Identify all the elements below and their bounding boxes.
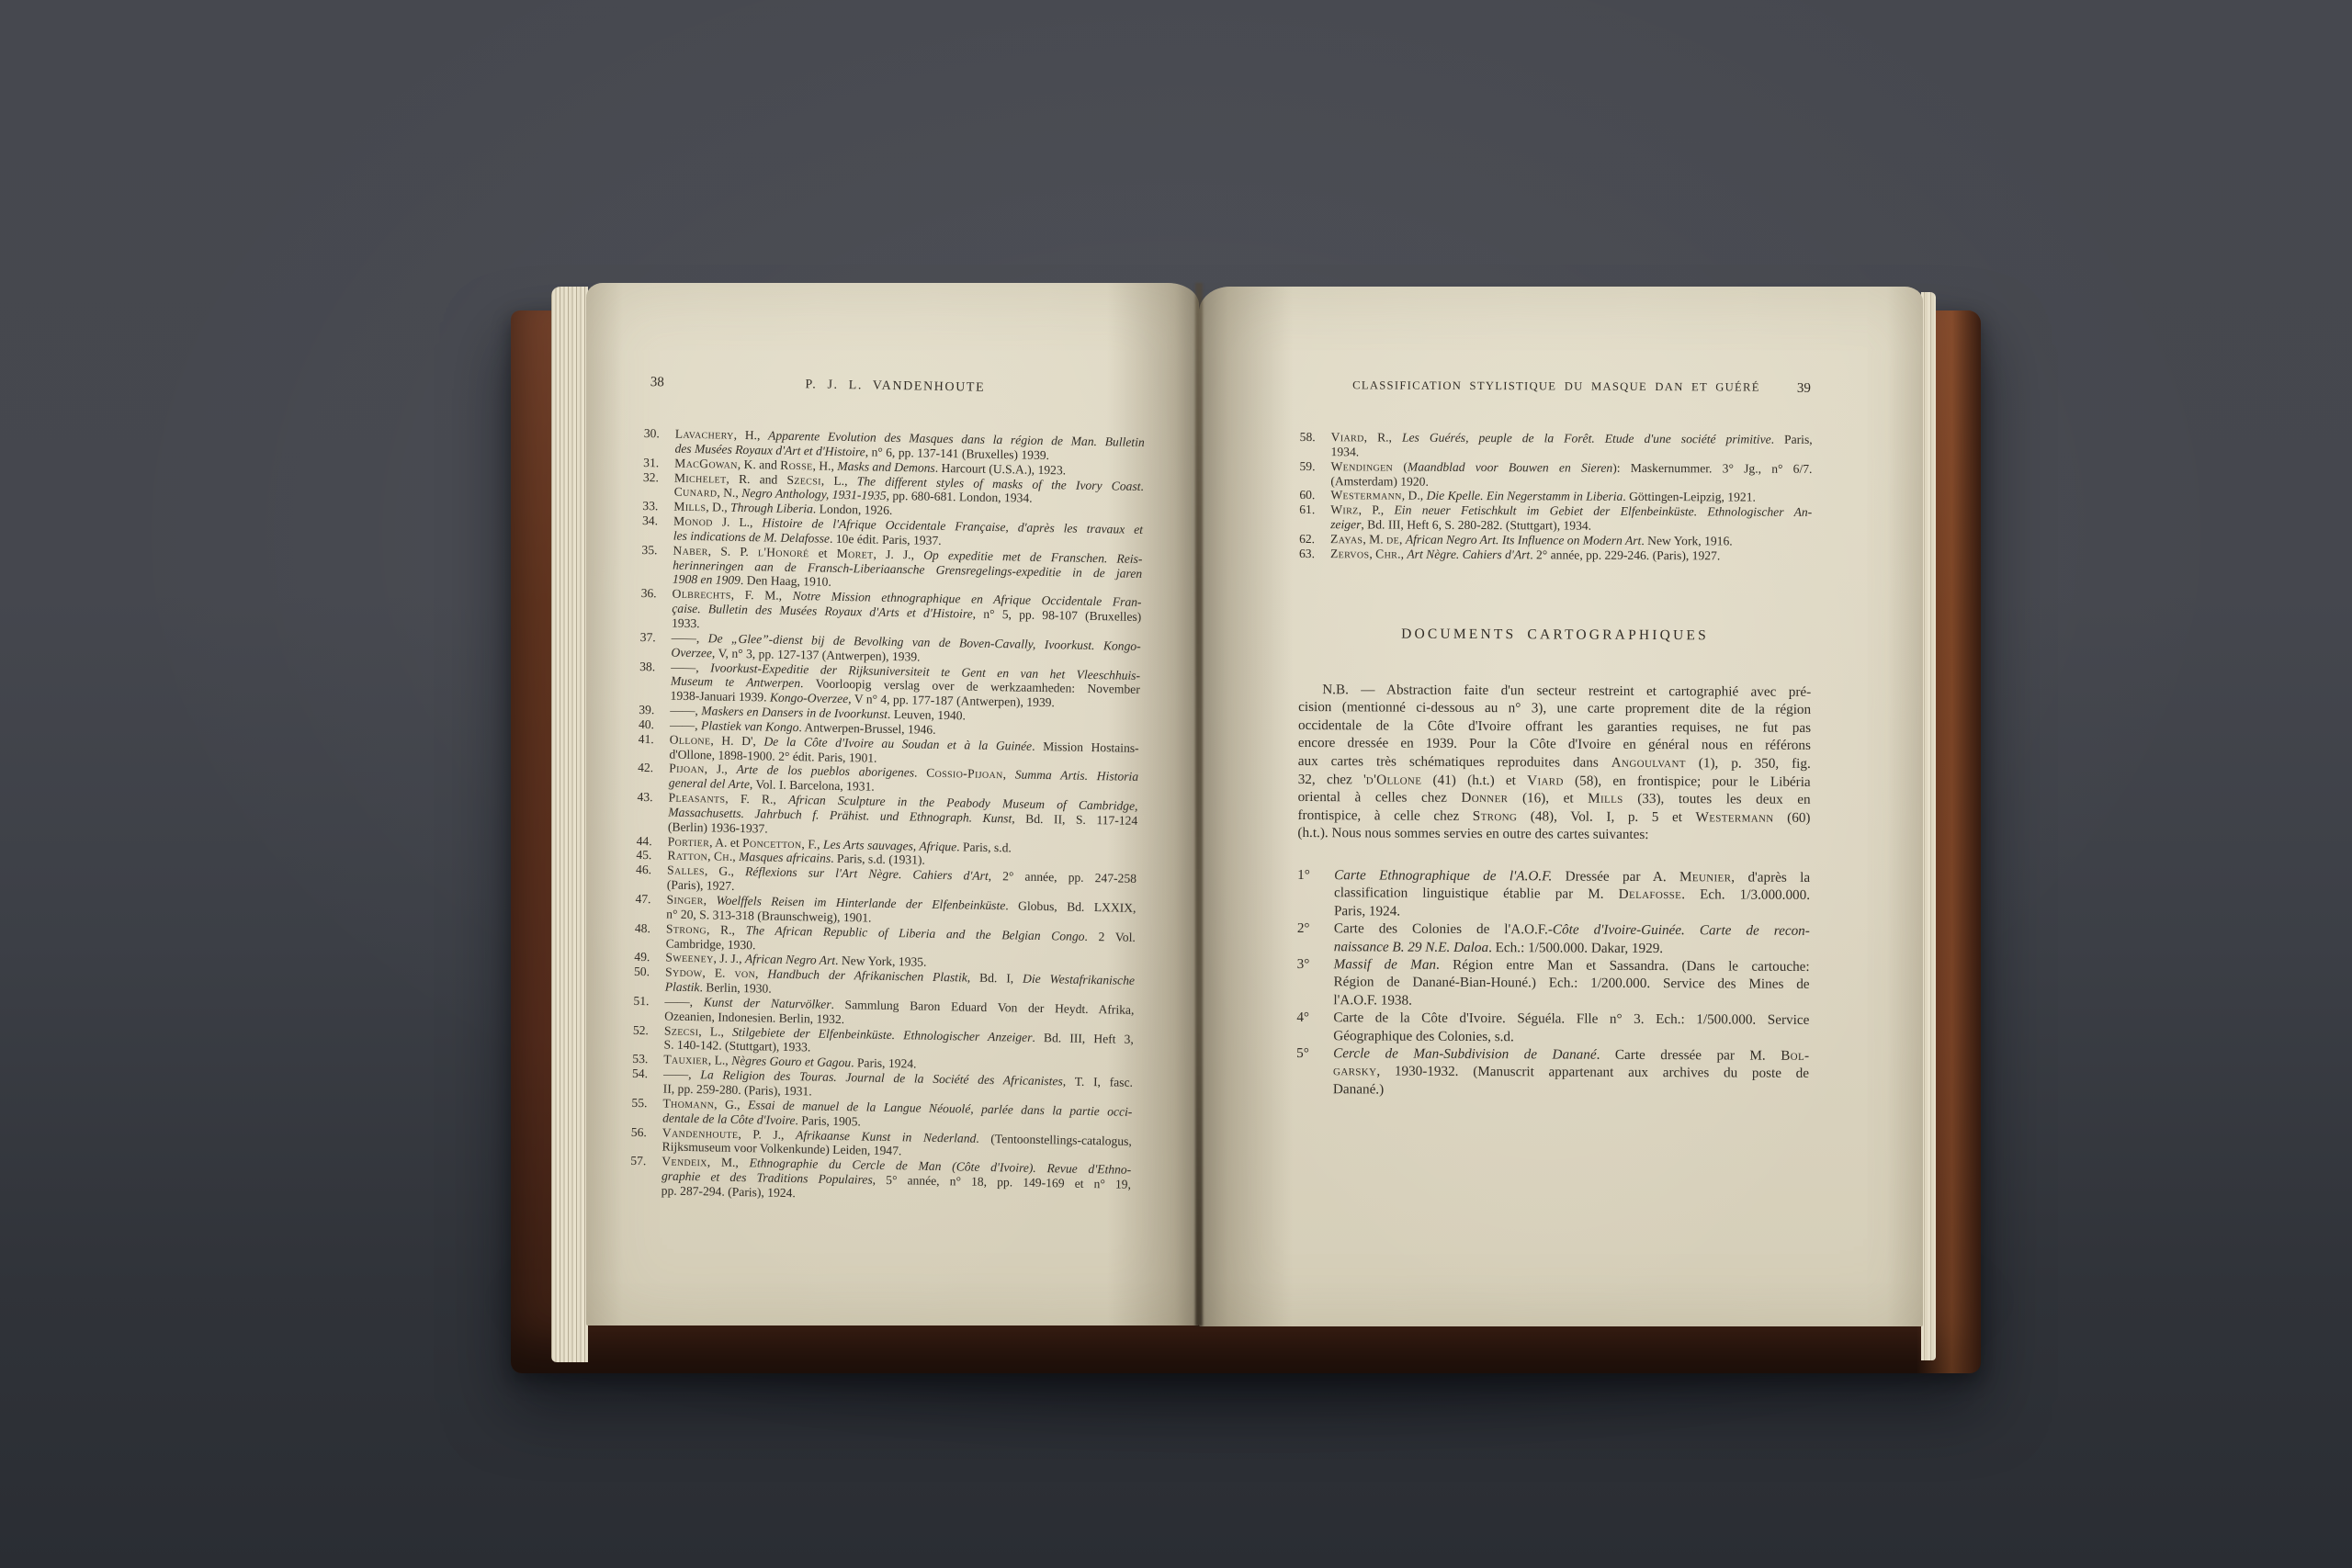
entry-number: 45. <box>636 848 667 863</box>
entry-number: 55. <box>631 1096 663 1125</box>
open-book: 38 P. J. L. VANDENHOUTE 30.Lavachery, H.… <box>511 230 1981 1373</box>
entry-number: 60. <box>1299 488 1330 502</box>
entry-number: 31. <box>643 456 674 470</box>
photo-backdrop: 38 P. J. L. VANDENHOUTE 30.Lavachery, H.… <box>0 0 2352 1568</box>
entry-number: 48. <box>635 921 667 951</box>
entry-line: Viard, R., Les Guérés, peuple de la Forê… <box>1331 430 1813 447</box>
right-page-content: CLASSIFICATION STYLISTIQUE DU MASQUE DAN… <box>1296 378 1813 1100</box>
nb-paragraph: N.B. — Abstraction faite d'un secteur re… <box>1297 681 1811 845</box>
entry-number: 5° <box>1296 1044 1333 1098</box>
entry-number: 30. <box>643 426 675 456</box>
nb-line: oriental à celles chez Donner (16), et M… <box>1298 788 1811 809</box>
page-stack-right <box>1921 292 1936 1360</box>
bib-entry: 2°Carte des Colonies de l'A.O.F.-Côte d'… <box>1297 919 1810 958</box>
right-running-head-row: CLASSIFICATION STYLISTIQUE DU MASQUE DAN… <box>1300 378 1813 400</box>
entry-line: Zervos, Chr., Art Nègre. Cahiers d'Art. … <box>1330 547 1812 564</box>
entry-number: 4° <box>1296 1009 1333 1044</box>
entry-number: 39. <box>639 703 670 717</box>
entry-number: 56. <box>630 1124 662 1154</box>
entry-line: naissance B. 29 N.E. Daloa. Ech.: 1/500.… <box>1334 938 1810 958</box>
bib-entry: 61.Wirz, P., Ein neuer Fetischkult im Ge… <box>1299 502 1812 535</box>
entry-number: 59. <box>1299 459 1330 489</box>
entry-number: 47. <box>635 892 667 921</box>
entry-line: Région de Danané-Bian-Houné.) Ech.: 1/20… <box>1334 974 1810 994</box>
map-document-list: 1°Carte Ethnographique de l'A.O.F. Dress… <box>1296 866 1810 1100</box>
entry-line: classification linguistique établie par … <box>1334 885 1810 905</box>
entry-number: 41. <box>638 732 670 761</box>
entry-line: garsky, 1930-1932. (Manuscrit appartenan… <box>1333 1063 1809 1083</box>
bib-entry: 1°Carte Ethnographique de l'A.O.F. Dress… <box>1297 866 1810 922</box>
bibliography-left: 30.Lavachery, H., Apparente Evolution de… <box>630 426 1145 1207</box>
bibliography-right: 58.Viard, R., Les Guérés, peuple de la F… <box>1299 430 1813 564</box>
nb-line: aux cartes très schématiques reproduites… <box>1298 752 1811 773</box>
entry-number: 50. <box>634 964 666 994</box>
entry-number: 52. <box>632 1022 664 1052</box>
entry-number: 53. <box>632 1052 663 1066</box>
entry-number: 1° <box>1297 866 1334 919</box>
bib-entry: 63.Zervos, Chr., Art Nègre. Cahiers d'Ar… <box>1299 547 1812 564</box>
entry-number: 57. <box>630 1154 662 1198</box>
page-gutter <box>1195 283 1203 1326</box>
entry-number: 51. <box>633 994 665 1023</box>
nb-line: (h.t.). Nous nous sommes servies en outr… <box>1297 824 1810 845</box>
entry-line: Danané.) <box>1333 1080 1809 1100</box>
entry-number: 63. <box>1299 547 1330 561</box>
right-running-head: CLASSIFICATION STYLISTIQUE DU MASQUE DAN… <box>1300 378 1813 395</box>
section-heading: DOCUMENTS CARTOGRAPHIQUES <box>1298 626 1811 645</box>
entry-number: 34. <box>642 513 674 543</box>
entry-number: 49. <box>634 950 665 964</box>
entry-number: 40. <box>639 717 670 732</box>
entry-line: Carte de la Côte d'Ivoire. Séguéla. Flle… <box>1333 1009 1809 1029</box>
entry-number: 35. <box>641 543 673 587</box>
bib-entry: 58.Viard, R., Les Guérés, peuple de la F… <box>1300 430 1813 462</box>
entry-line: Paris, 1924. <box>1334 902 1810 922</box>
entry-number: 43. <box>637 790 669 834</box>
bib-entry: 3°Massif de Man. Région entre Man et Sas… <box>1296 955 1809 1011</box>
entry-line: Géographique des Colonies, s.d. <box>1333 1027 1809 1047</box>
entry-line: l'A.O.F. 1938. <box>1333 991 1809 1011</box>
entry-number: 32. <box>643 470 675 500</box>
bib-entry: 59.Wendingen (Maandblad voor Bouwen en S… <box>1299 459 1812 491</box>
left-page-content: 38 P. J. L. VANDENHOUTE 30.Lavachery, H.… <box>630 375 1146 1207</box>
entry-number: 3° <box>1296 955 1333 1009</box>
right-page-number: 39 <box>1797 381 1811 397</box>
entry-number: 37. <box>639 630 672 660</box>
entry-number: 44. <box>637 834 668 849</box>
entry-number: 62. <box>1299 532 1330 547</box>
page-stack-left <box>551 287 588 1362</box>
entry-line: Cercle de Man-Subdivision de Danané. Car… <box>1333 1044 1809 1065</box>
entry-line: Massif de Man. Région entre Man et Sassa… <box>1334 955 1810 976</box>
entry-number: 2° <box>1297 919 1334 955</box>
entry-number: 33. <box>642 499 673 513</box>
bib-entry: 5°Cercle de Man-Subdivision de Danané. C… <box>1296 1044 1809 1100</box>
entry-number: 54. <box>632 1066 664 1096</box>
entry-number: 38. <box>639 659 671 703</box>
entry-number: 61. <box>1299 502 1330 532</box>
bib-entry: 57.Vendeix, M., Ethnographie du Cercle d… <box>630 1154 1132 1207</box>
entry-number: 36. <box>640 586 673 630</box>
entry-number: 46. <box>636 863 668 892</box>
bib-entry: 4°Carte de la Côte d'Ivoire. Séguéla. Fl… <box>1296 1009 1809 1047</box>
entry-line: Carte Ethnographique de l'A.O.F. Dressée… <box>1334 866 1810 886</box>
entry-line: Carte des Colonies de l'A.O.F.-Côte d'Iv… <box>1334 919 1810 940</box>
entry-number: 58. <box>1300 430 1331 459</box>
entry-number: 42. <box>638 761 670 790</box>
nb-line: cision (mentionné ci-dessous au n° 3), u… <box>1298 698 1811 719</box>
